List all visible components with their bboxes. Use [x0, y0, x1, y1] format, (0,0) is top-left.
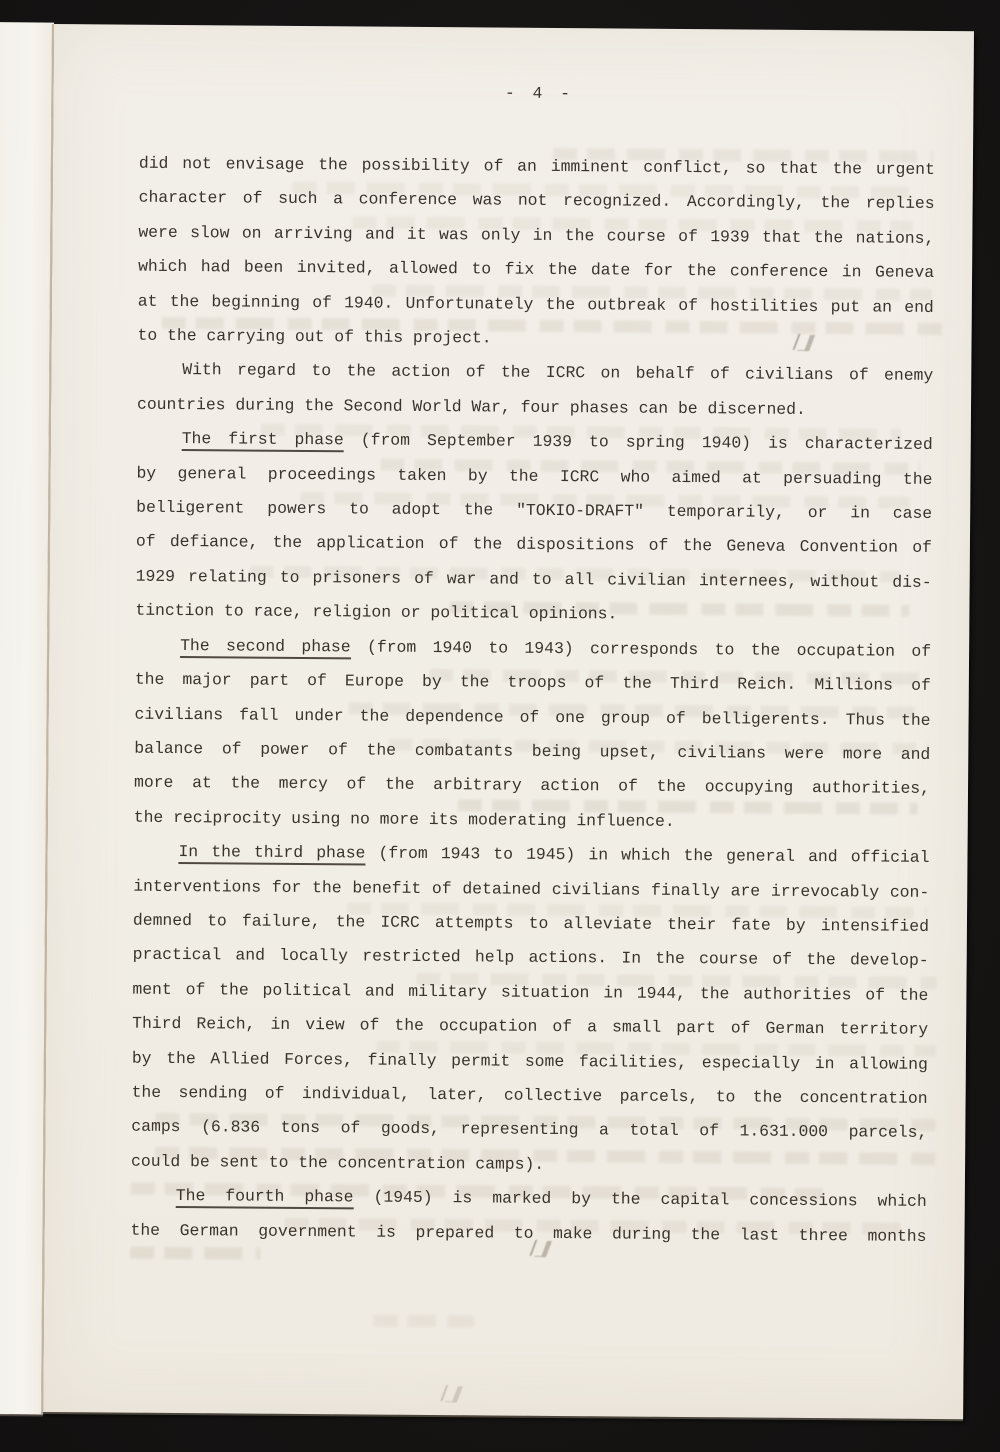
underlined-phrase: The second phase: [180, 636, 351, 659]
paragraph: The first phase (from September 1939 to …: [135, 422, 933, 635]
text-line: the German government is prepared to mak…: [130, 1213, 926, 1254]
text-line: The fourth phase (1945) is marked by the…: [131, 1179, 927, 1220]
text-segment: (from September 1939 to spring 1940) is …: [344, 431, 933, 455]
text-segment: (1945) is marked by the capital concessi…: [353, 1188, 926, 1212]
document-body: did not envisage the possibility of an i…: [130, 147, 935, 1254]
paragraph: With regard to the action of the ICRC on…: [137, 353, 934, 428]
text-line: camps (6.836 tons of goods, representing…: [131, 1110, 927, 1151]
document-page: - 4 - did not envisage the possibility o…: [41, 24, 974, 1419]
text-line: which had been invited, allowed to fix t…: [138, 250, 934, 291]
bleedthrough-artifact: [130, 1247, 260, 1260]
paragraph: The fourth phase (1945) is marked by the…: [130, 1179, 927, 1254]
underlined-phrase: The first phase: [182, 429, 344, 452]
underlined-phrase: The fourth phase: [176, 1186, 354, 1209]
text-line: The first phase (from September 1939 to …: [137, 422, 933, 463]
text-line: the major part of Europe by the troops o…: [135, 663, 931, 704]
underlined-phrase: In the third phase: [178, 842, 365, 865]
paragraph: In the third phase (from 1943 to 1945) i…: [131, 835, 930, 1185]
bleedthrough-layer: [54, 24, 974, 31]
text-line: tinction to race, religion or political …: [135, 594, 931, 635]
text-segment: (from 1940 to 1943) corresponds to the o…: [351, 637, 932, 661]
text-line: more at the mercy of the arbitrary actio…: [134, 766, 930, 807]
page-number: - 4 -: [139, 81, 935, 106]
text-line: Third Reich, in view of the occupation o…: [132, 1007, 928, 1048]
bleedthrough-artifact: [374, 1315, 474, 1328]
stray-mark: [440, 1385, 458, 1401]
text-line: practical and locally restricted help ac…: [133, 938, 929, 979]
scanner-background: - 4 - did not envisage the possibility o…: [0, 0, 1000, 1452]
paragraph: The second phase (from 1940 to 1943) cor…: [134, 628, 932, 841]
paragraph: did not envisage the possibility of an i…: [137, 147, 935, 360]
text-line: In the third phase (from 1943 to 1945) i…: [133, 835, 929, 876]
text-segment: (from 1943 to 1945) in which the general…: [365, 844, 929, 867]
